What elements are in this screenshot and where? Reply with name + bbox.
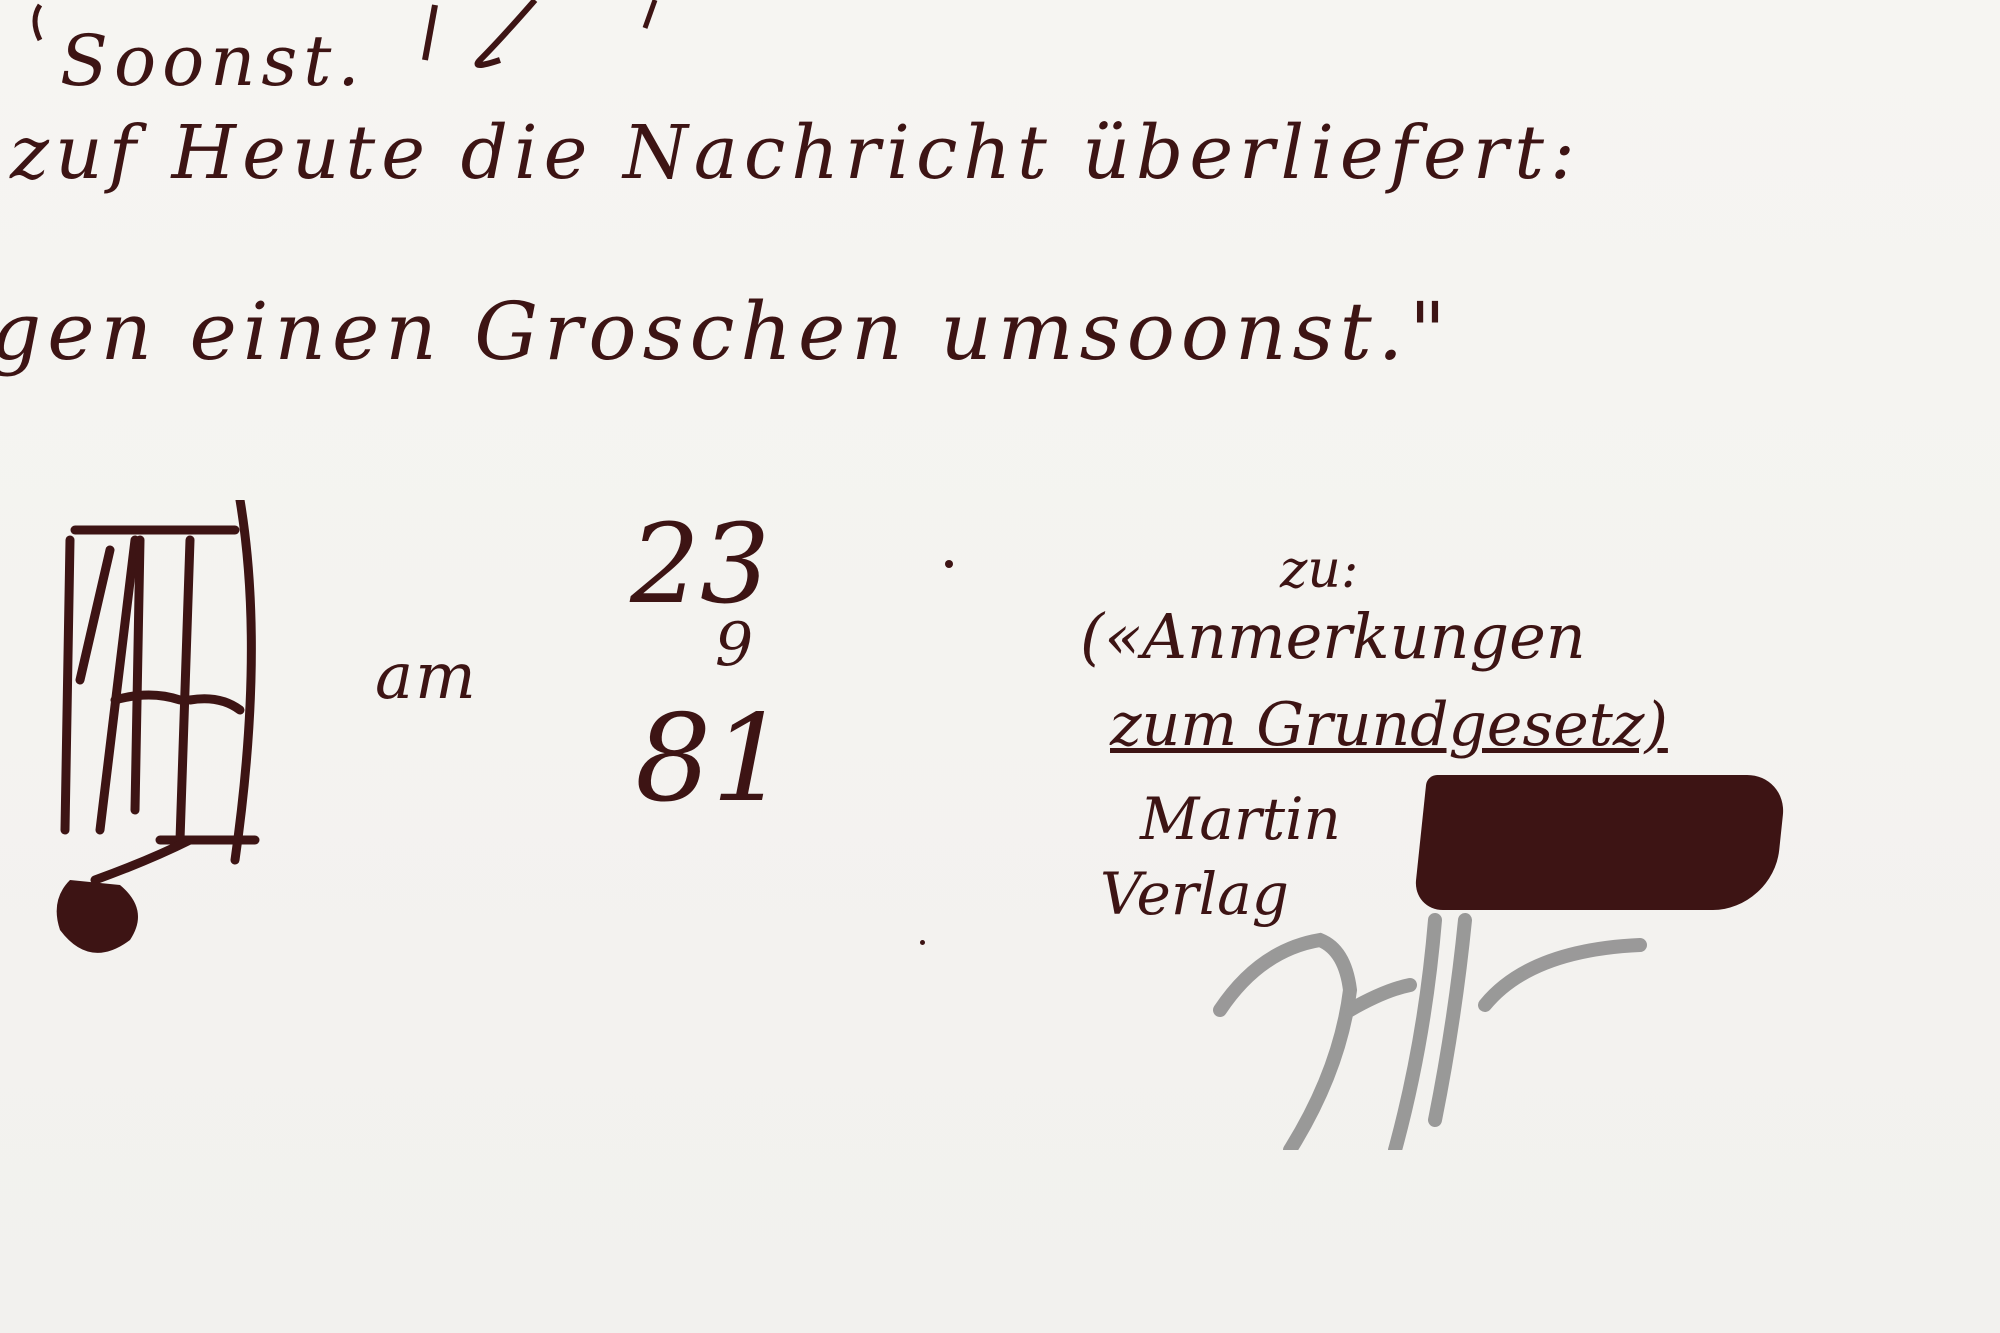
monogram-ah-icon	[40, 500, 280, 960]
note-line-4: Martin	[1140, 785, 1341, 853]
ink-dot	[920, 940, 925, 945]
note-line-2: («Anmerkungen	[1080, 600, 1586, 673]
date-day: 23	[630, 500, 770, 628]
ink-dot	[945, 560, 953, 568]
note-line-3: zum Grundgesetz)	[1110, 690, 1668, 760]
note-line-1: zu:	[1280, 540, 1358, 600]
date-block: 23 9 81	[630, 500, 830, 860]
date-prefix-am: am	[375, 640, 478, 714]
handwritten-line-1: Soonst.	[60, 20, 366, 102]
pencil-signature-icon	[1200, 890, 1700, 1150]
handwritten-line-2: zuf Heute die Nachricht überliefert:	[10, 110, 1581, 196]
date-year: 81	[635, 690, 788, 829]
handwritten-line-3: gen einen Groschen umsoonst."	[0, 285, 1452, 378]
date-month: 9	[715, 610, 753, 680]
